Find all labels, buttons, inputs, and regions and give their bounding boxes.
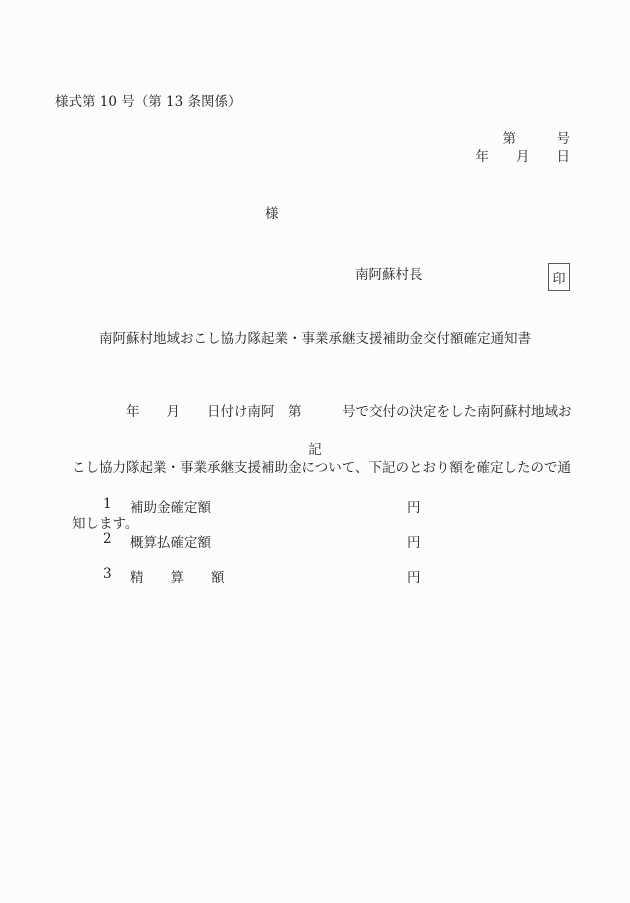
item-row-provisional-payment: 2 概算払確定額 円	[0, 531, 630, 549]
item-unit-yen: 円	[407, 531, 421, 551]
item-row-subsidy-confirmed: 1 補助金確定額 円	[0, 496, 630, 514]
seal-box: 印	[548, 263, 570, 291]
sender-name: 南阿蘇村長	[355, 266, 423, 284]
item-unit-yen: 円	[407, 496, 421, 516]
item-number: 3	[103, 566, 112, 582]
item-number: 1	[103, 496, 112, 512]
document-title: 南阿蘇村地域おこし協力隊起業・事業承継支援補助金交付額確定通知書	[0, 330, 630, 348]
body-line: 年 月 日付け南阿 第 号で交付の決定をした南阿蘇村地域お	[72, 403, 572, 422]
item-label: 概算払確定額	[130, 531, 211, 551]
date-line: 年 月 日	[0, 148, 570, 166]
item-label: 補助金確定額	[130, 496, 211, 516]
item-label: 精 算 額	[130, 566, 225, 586]
document-page: 様式第 10 号（第 13 条関係） 第 号 年 月 日 様 南阿蘇村長 印 南…	[0, 0, 630, 903]
form-number: 様式第 10 号（第 13 条関係）	[55, 93, 242, 111]
seal-label: 印	[552, 268, 565, 287]
body-line: こし協力隊起業・事業承継支援補助金について、下記のとおり額を確定したので通	[72, 459, 572, 478]
item-unit-yen: 円	[407, 566, 421, 586]
item-row-settlement-amount: 3 精 算 額 円	[0, 566, 630, 584]
item-number: 2	[103, 531, 112, 547]
record-heading: 記	[0, 441, 630, 459]
addressee-honorific: 様	[265, 205, 279, 223]
document-number-line: 第 号	[0, 130, 570, 148]
